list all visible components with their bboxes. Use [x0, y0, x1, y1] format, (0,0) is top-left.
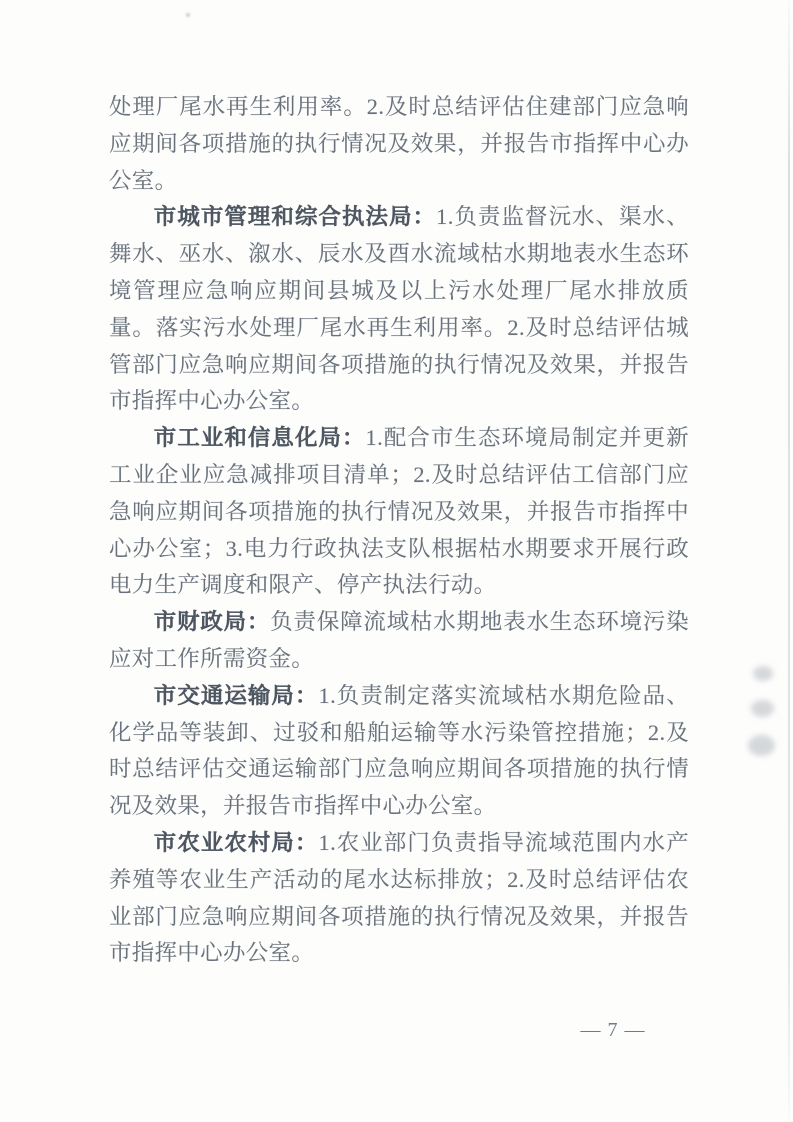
scan-speck — [186, 13, 190, 17]
page-edge-scan-line — [788, 0, 790, 1122]
document-body: 处理厂尾水再生利用率。2.及时总结评估住建部门应急响应期间各项措施的执行情况及效… — [109, 89, 689, 972]
paragraph: 市农业农村局：1.农业部门负责指导流域范围内水产养殖等农业生产活动的尾水达标排放… — [109, 825, 689, 972]
department-heading: 市财政局： — [154, 609, 270, 634]
paragraph: 市工业和信息化局：1.配合市生态环境局制定并更新工业企业应急减排项目清单；2.及… — [109, 420, 689, 604]
paragraph: 市财政局：负责保障流域枯水期地表水生态环境污染应对工作所需资金。 — [109, 604, 689, 678]
paragraph-text: 1.负责监督沅水、渠水、舞水、巫水、溆水、辰水及酉水流域枯水期地表水生态环境管理… — [109, 204, 689, 413]
paragraph: 市城市管理和综合执法局：1.负责监督沅水、渠水、舞水、巫水、溆水、辰水及酉水流域… — [109, 199, 689, 420]
department-heading: 市城市管理和综合执法局： — [154, 204, 436, 229]
scan-smudge — [751, 700, 774, 717]
department-heading: 市交通运输局： — [154, 683, 319, 708]
paragraph: 处理厂尾水再生利用率。2.及时总结评估住建部门应急响应期间各项措施的执行情况及效… — [109, 89, 689, 199]
department-heading: 市农业农村局： — [154, 830, 319, 855]
paragraph: 市交通运输局：1.负责制定落实流域枯水期危险品、化学品等装卸、过驳和船舶运输等水… — [109, 678, 689, 825]
scanned-document-page: 处理厂尾水再生利用率。2.及时总结评估住建部门应急响应期间各项措施的执行情况及效… — [0, 0, 793, 1122]
scan-smudge — [748, 735, 775, 756]
scan-smudge — [753, 666, 773, 681]
department-heading: 市工业和信息化局： — [154, 425, 366, 450]
paragraph-text: 处理厂尾水再生利用率。2.及时总结评估住建部门应急响应期间各项措施的执行情况及效… — [109, 94, 689, 193]
paragraph-text: 1.配合市生态环境局制定并更新工业企业应急减排项目清单；2.及时总结评估工信部门… — [109, 425, 689, 597]
page-number: — 7 — — [578, 1018, 648, 1042]
